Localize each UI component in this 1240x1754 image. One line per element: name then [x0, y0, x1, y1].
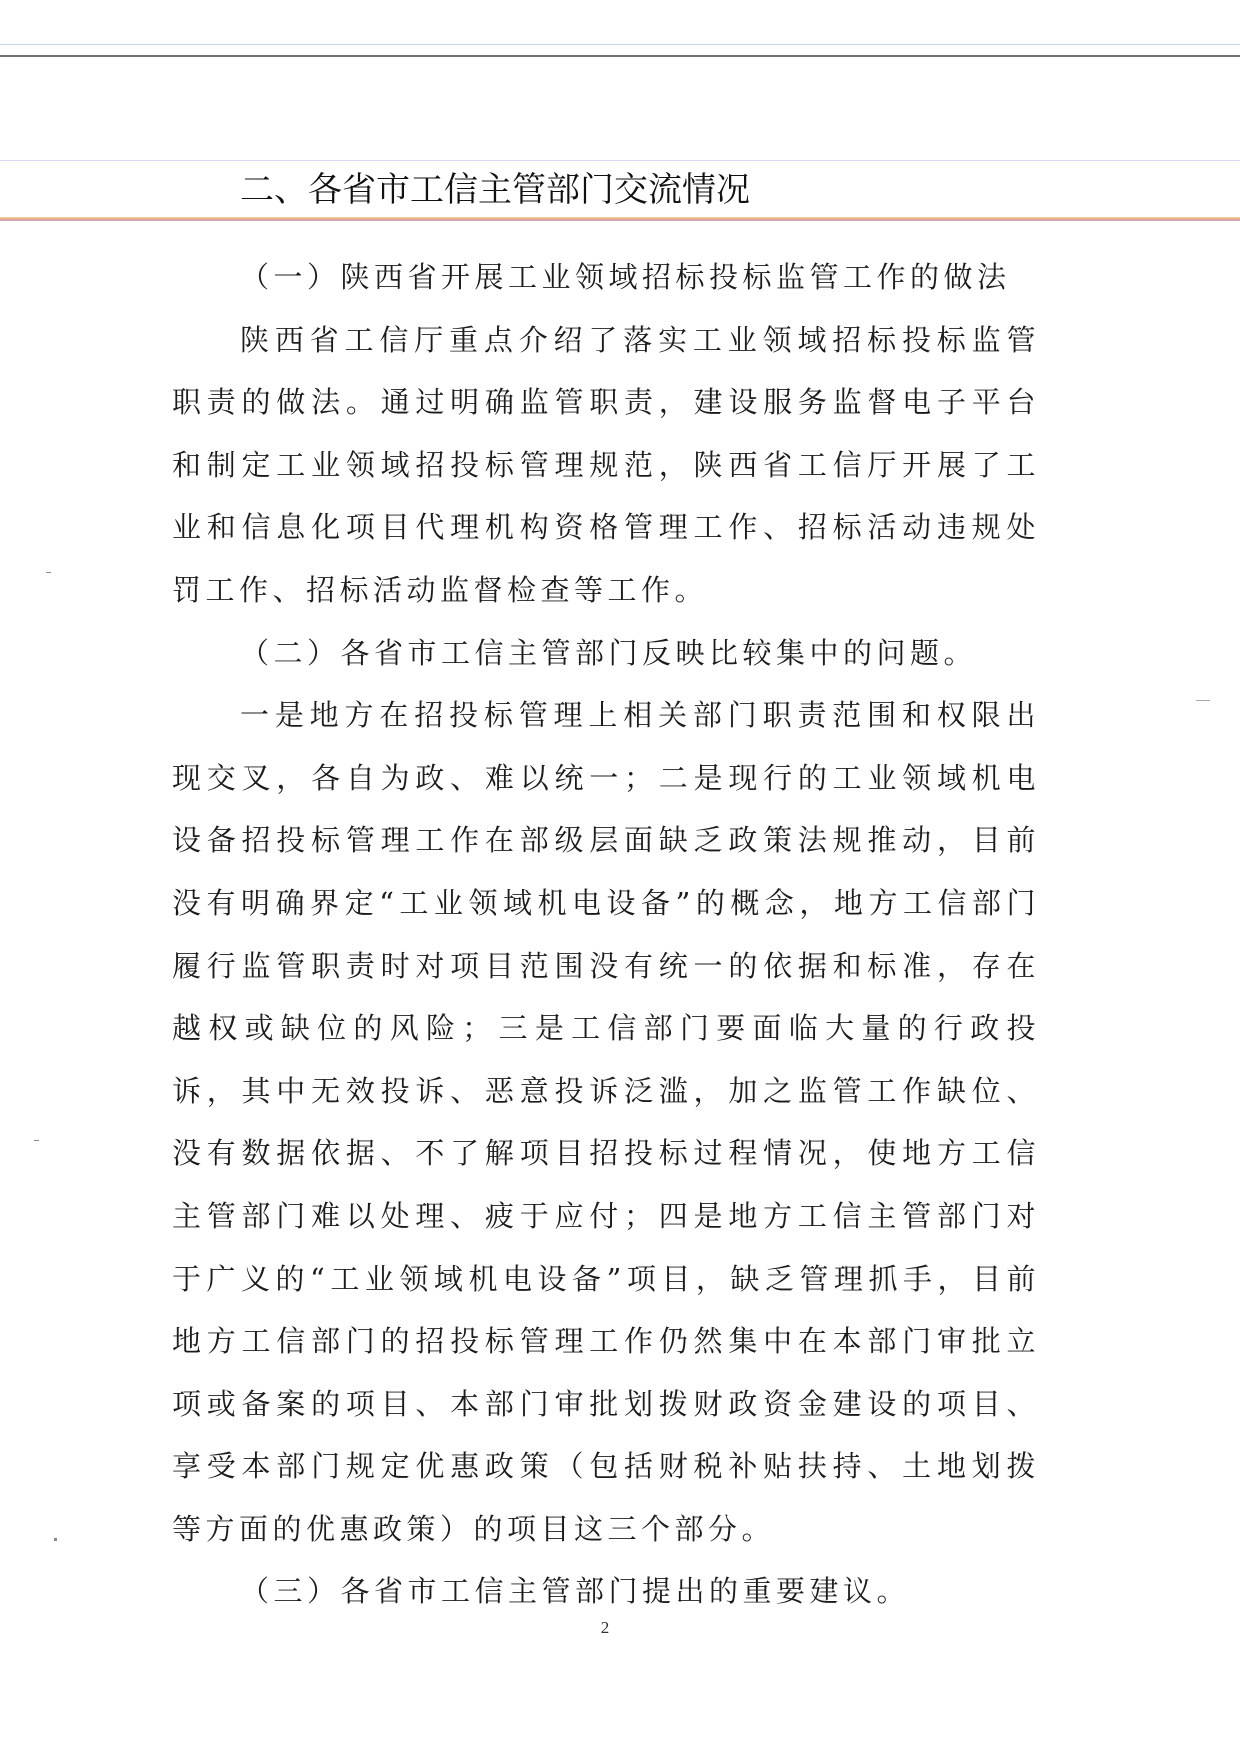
heading-bottom-rule [0, 217, 1240, 221]
scan-speck [34, 1140, 39, 1141]
heading-top-rule [0, 160, 1240, 161]
scan-speck [1196, 700, 1210, 701]
subsection-2-paragraph: 一是地方在招投标管理上相关部门职责范围和权限出现交叉，各自为政、难以统一；二是现… [172, 684, 1040, 1560]
scan-speck [46, 572, 51, 573]
section-heading: 二、各省市工信主管部门交流情况 [240, 168, 750, 212]
header-rule-dark [0, 55, 1240, 57]
subsection-2-title: （二）各省市工信主管部门反映比较集中的问题。 [172, 622, 1040, 685]
page-number: 2 [0, 1618, 1210, 1638]
document-body: （一）陕西省开展工业领域招标投标监管工作的做法 陕西省工信厅重点介绍了落实工业领… [172, 246, 1040, 1623]
subsection-3-title: （三）各省市工信主管部门提出的重要建议。 [172, 1560, 1040, 1623]
subsection-1-title: （一）陕西省开展工业领域招标投标监管工作的做法 [172, 246, 1040, 309]
scan-speck [54, 1538, 57, 1541]
subsection-1-paragraph: 陕西省工信厅重点介绍了落实工业领域招标投标监管职责的做法。通过明确监管职责，建设… [172, 309, 1040, 622]
header-rule-light [0, 44, 1240, 45]
